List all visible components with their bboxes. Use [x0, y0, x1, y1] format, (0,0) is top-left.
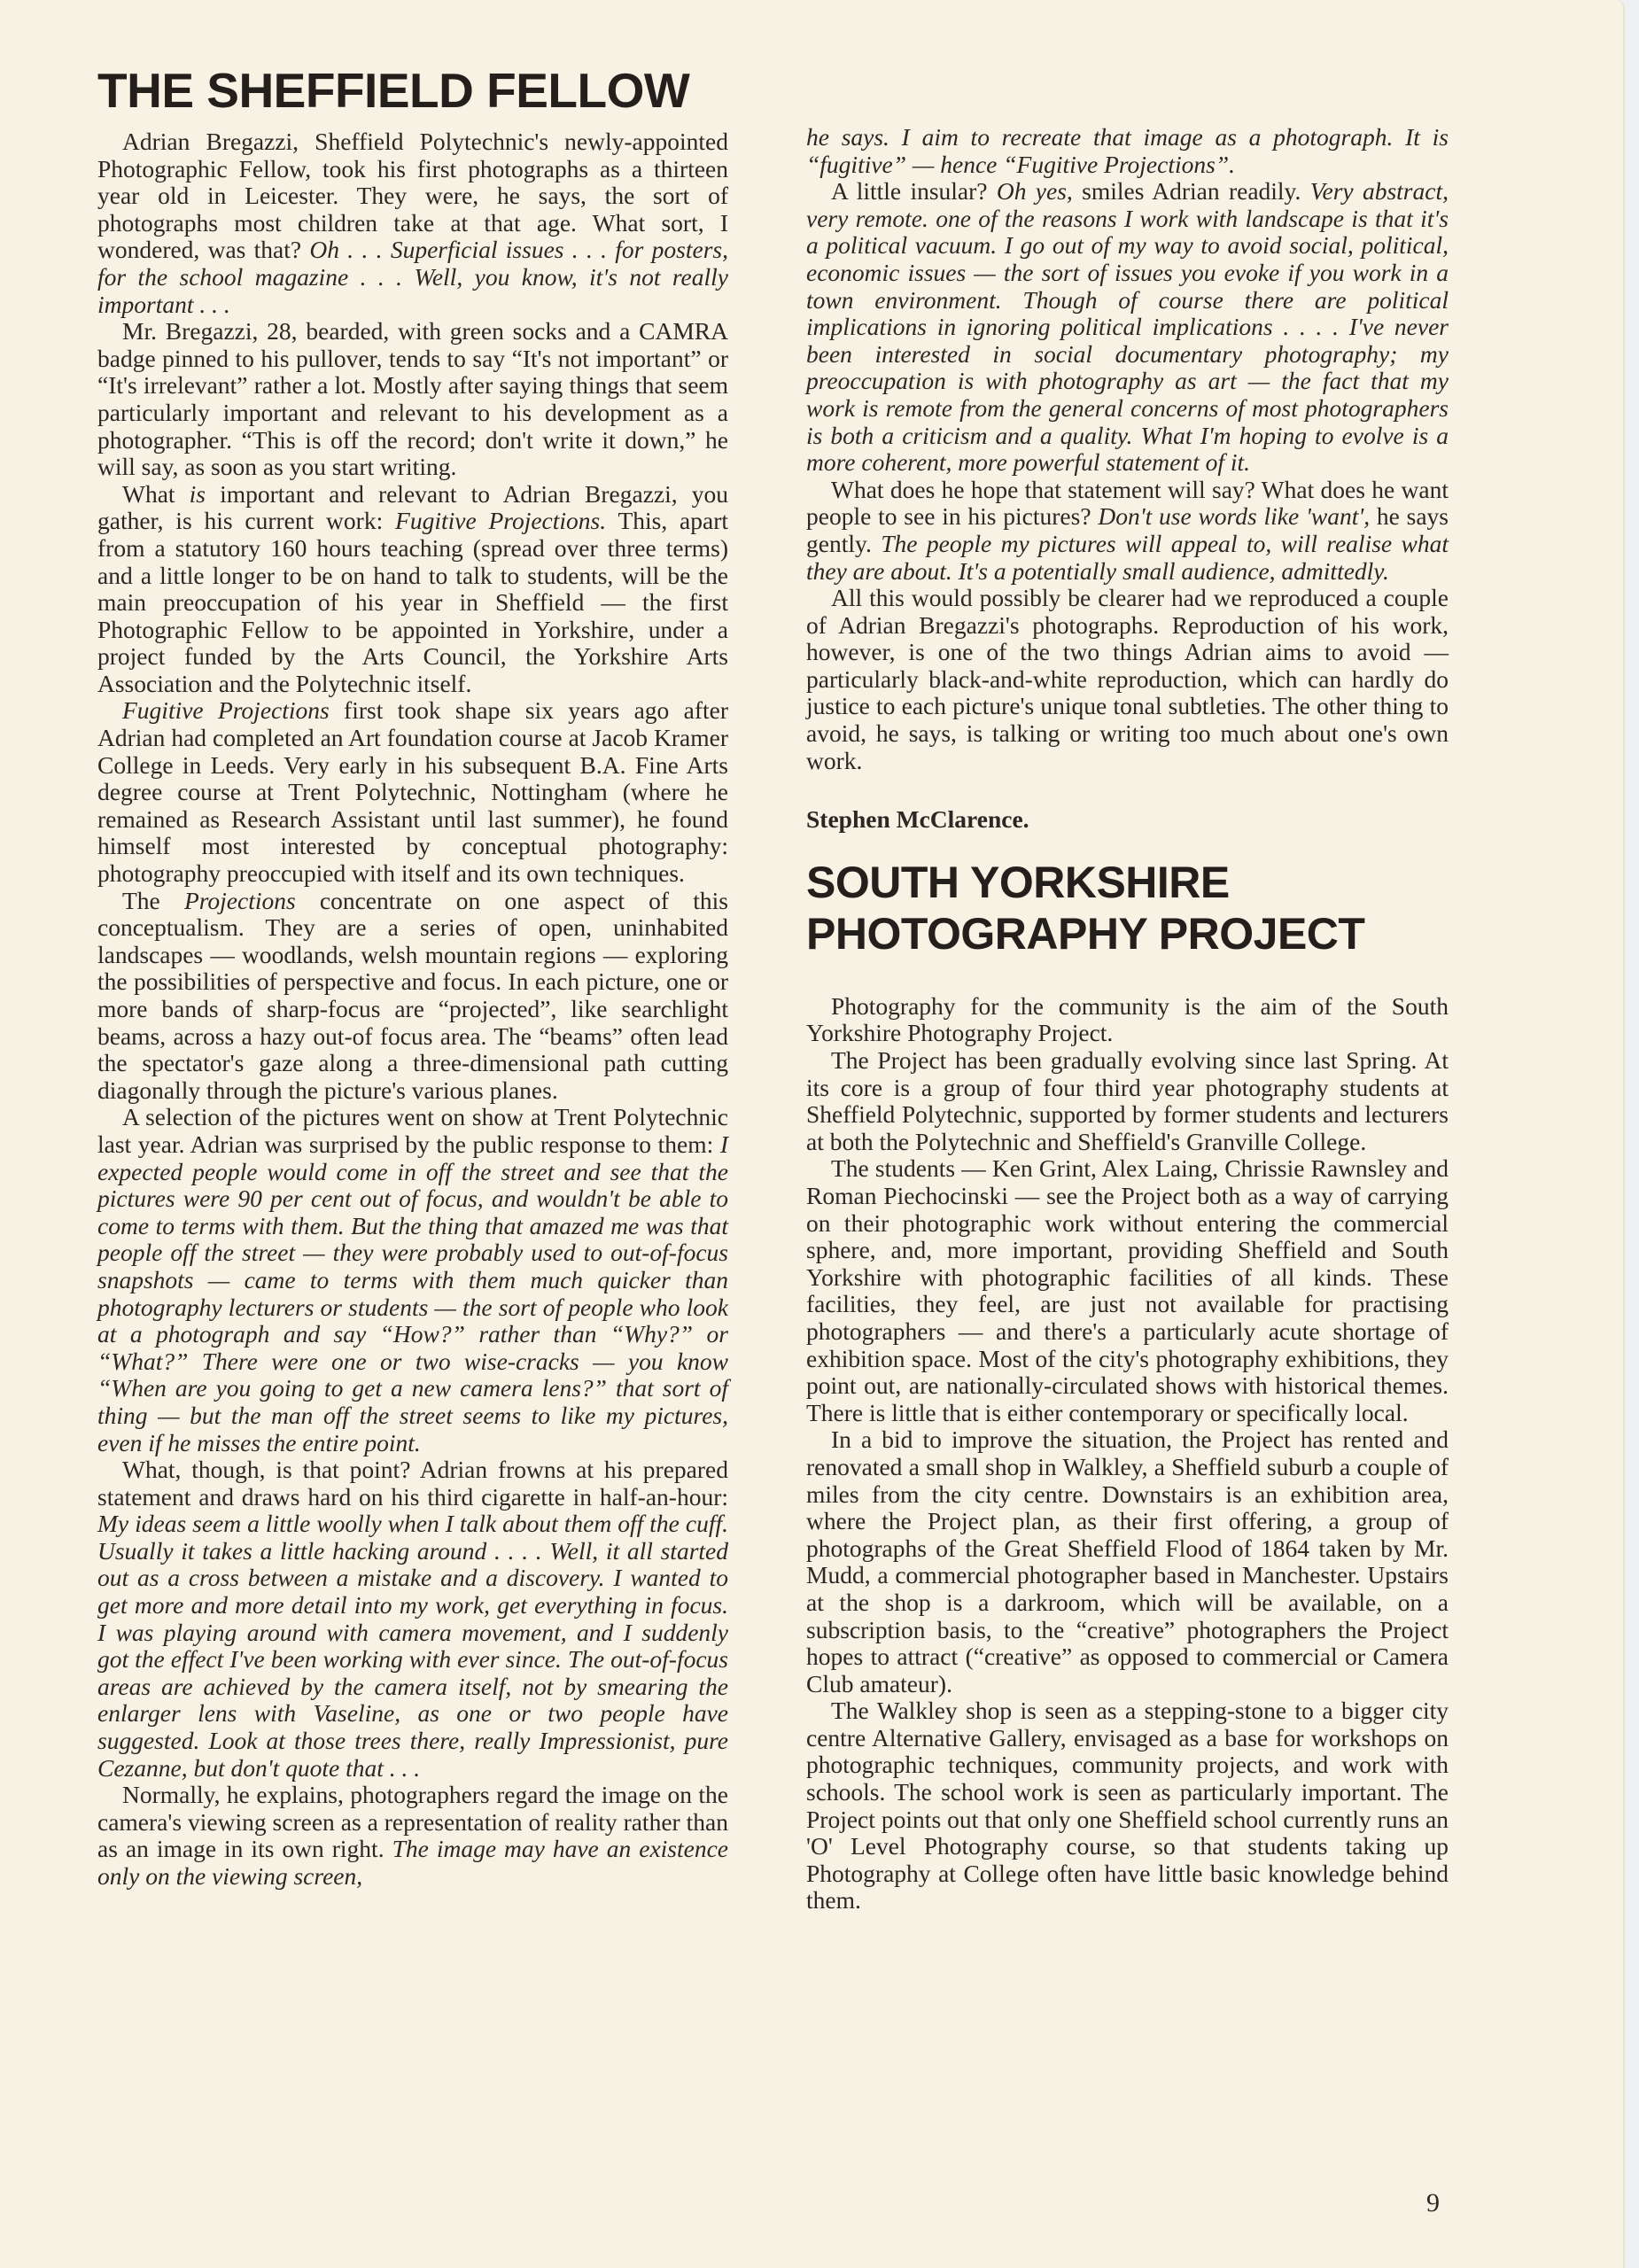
italic-run: Projections [184, 887, 296, 914]
paragraph: What, though, is that point? Adrian frow… [97, 1456, 728, 1782]
text-run: What, though, is that point? Adrian frow… [97, 1456, 728, 1511]
paragraph-continued: he says. I aim to recreate that image as… [806, 124, 1449, 178]
paragraph: In a bid to improve the situation, the P… [806, 1426, 1449, 1697]
text-run: The [122, 887, 184, 914]
italic-run: Fugitive Projections. [395, 507, 606, 534]
paragraph: Normally, he explains, photographers reg… [97, 1782, 728, 1890]
italic-run: is [190, 480, 206, 508]
paragraph: A selection of the pictures went on show… [97, 1104, 728, 1456]
paragraph: Mr. Bregazzi, 28, bearded, with green so… [97, 318, 728, 481]
text-run: A little insular? [831, 177, 997, 205]
paragraph: A little insular? Oh yes, smiles Adrian … [806, 178, 1449, 477]
right-column: he says. I aim to recreate that image as… [806, 124, 1449, 1915]
paragraph: The students — Ken Grint, Alex Laing, Ch… [806, 1155, 1449, 1426]
paragraph: Photography for the community is the aim… [806, 993, 1449, 1047]
page-number: 9 [1426, 2188, 1440, 2218]
italic-run: Oh yes, [997, 177, 1073, 205]
text-run: smiles Adrian readily. [1073, 177, 1310, 205]
text-run: Mr. Bregazzi, 28, bearded, with green so… [97, 317, 728, 480]
italic-run: Don't use words like 'want', [1098, 502, 1370, 530]
text-run: concentrate on one aspect of this concep… [97, 887, 728, 1104]
italic-run: he says. I aim to recreate that image as… [806, 123, 1449, 178]
paragraph: All this would possibly be clearer had w… [806, 585, 1449, 774]
italic-run: Very abstract, very remote. one of the r… [806, 177, 1449, 476]
paragraph: What does he hope that statement will sa… [806, 477, 1449, 585]
paragraph: The Projections concentrate on one aspec… [97, 888, 728, 1105]
paragraph: The Project has been gradually evolving … [806, 1047, 1449, 1155]
article-title-sheffield-fellow: THE SHEFFIELD FELLOW [97, 64, 689, 117]
text-run: All this would possibly be clearer had w… [806, 584, 1449, 774]
italic-run: The people my pictures will appeal to, w… [806, 530, 1449, 585]
left-column: Adrian Bregazzi, Sheffield Polytechnic's… [97, 128, 728, 1891]
text-run: What [122, 480, 190, 508]
paragraph: Adrian Bregazzi, Sheffield Polytechnic's… [97, 128, 728, 318]
italic-run: Fugitive Projections [122, 696, 330, 724]
title-line-1: SOUTH YORKSHIRE [806, 857, 1449, 908]
author-byline: Stephen McClarence. [806, 806, 1449, 834]
text-run: A selection of the pictures went on show… [97, 1103, 728, 1158]
text-run: This, apart from a statutory 160 hours t… [97, 507, 728, 697]
article-title-south-yorkshire: SOUTH YORKSHIRE PHOTOGRAPHY PROJECT [806, 857, 1449, 959]
title-line-2: PHOTOGRAPHY PROJECT [806, 908, 1449, 959]
paragraph: What is important and relevant to Adrian… [97, 481, 728, 698]
text-run: first took shape six years ago after Adr… [97, 696, 728, 887]
paragraph: Fugitive Projections first took shape si… [97, 697, 728, 887]
article-body-south-yorkshire: Photography for the community is the aim… [806, 993, 1449, 1915]
paragraph: The Walkley shop is seen as a stepping-s… [806, 1697, 1449, 1915]
italic-run: I expected people would come in off the … [97, 1130, 728, 1456]
magazine-page: THE SHEFFIELD FELLOW Adrian Bregazzi, Sh… [0, 0, 1625, 2268]
italic-run: My ideas seem a little woolly when I tal… [97, 1510, 728, 1781]
